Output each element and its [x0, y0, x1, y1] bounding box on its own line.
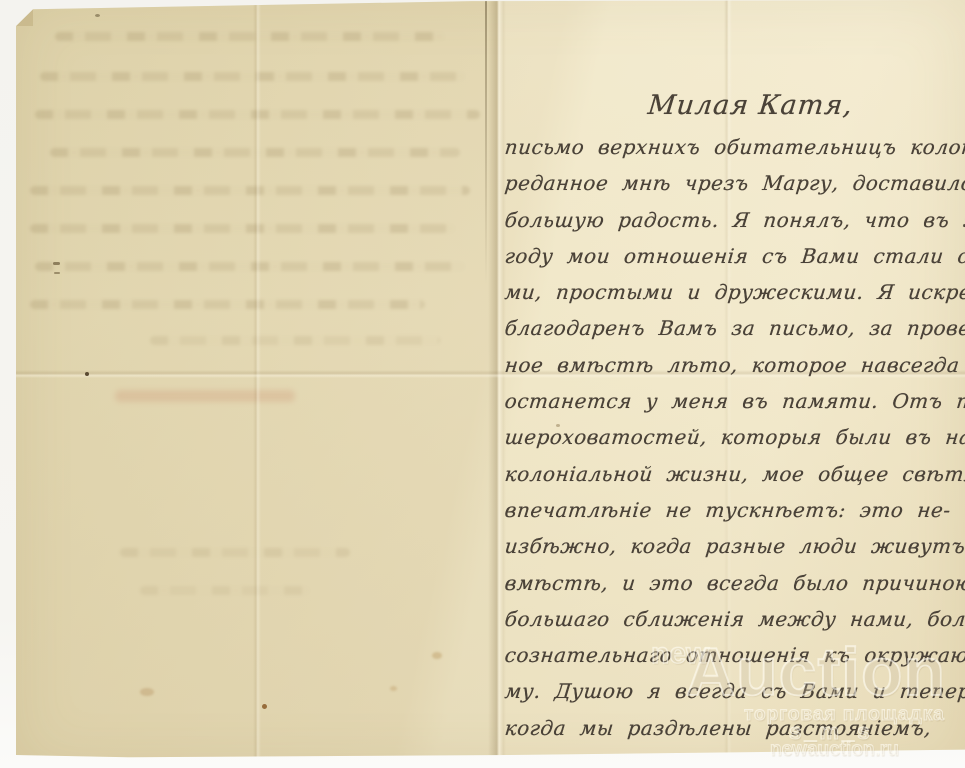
letter-line: большаго сближенія между нами, болѣе — [503, 601, 965, 637]
letter-line: му. Душою я всегда съ Вами и теперь, — [503, 673, 965, 709]
letter-text-layer: Милая Катя, письмо верхнихъ обитательниц… — [0, 0, 965, 768]
letter-line: реданное мнѣ чрезъ Маргу, доставило мнѣ — [503, 165, 965, 201]
letter-line: останется у меня въ памяти. Отъ тѣхъ — [503, 383, 965, 419]
letter-line: году мои отношенія съ Вами стали сердечн… — [503, 238, 965, 274]
letter-line: когда мы раздѣлены разстояніемъ, — [503, 710, 965, 746]
letter-body: письмо верхнихъ обитательницъ колоніи, п… — [503, 129, 965, 746]
letter-line: ное вмѣстѣ лѣто, которое навсегда — [503, 347, 965, 383]
scanned-letter-photo: Милая Катя, письмо верхнихъ обитательниц… — [0, 0, 965, 768]
letter-line: ми, простыми и дружескими. Я искренно — [503, 274, 965, 310]
letter-line: письмо верхнихъ обитательницъ колоніи, п… — [503, 129, 965, 165]
letter-line: шероховатостей, которыя были въ нашей — [503, 419, 965, 455]
letter-line: вмѣстѣ, и это всегда было причиною еще — [503, 565, 965, 601]
letter-line: избѣжно, когда разные люди живутъ — [503, 528, 965, 564]
letter-line: впечатлѣніе не тускнѣетъ: это не- — [503, 492, 965, 528]
letter-line: колоніальной жизни, мое общее свѣтлое — [503, 456, 965, 492]
letter-line: благодаренъ Вамъ за письмо, за проведен- — [503, 310, 965, 346]
letter-line: большую радость. Я понялъ, что въ этомъ — [503, 202, 965, 238]
letter-line: сознательнаго отношенія къ окружающе- — [503, 637, 965, 673]
salutation: Милая Катя, — [646, 90, 854, 121]
